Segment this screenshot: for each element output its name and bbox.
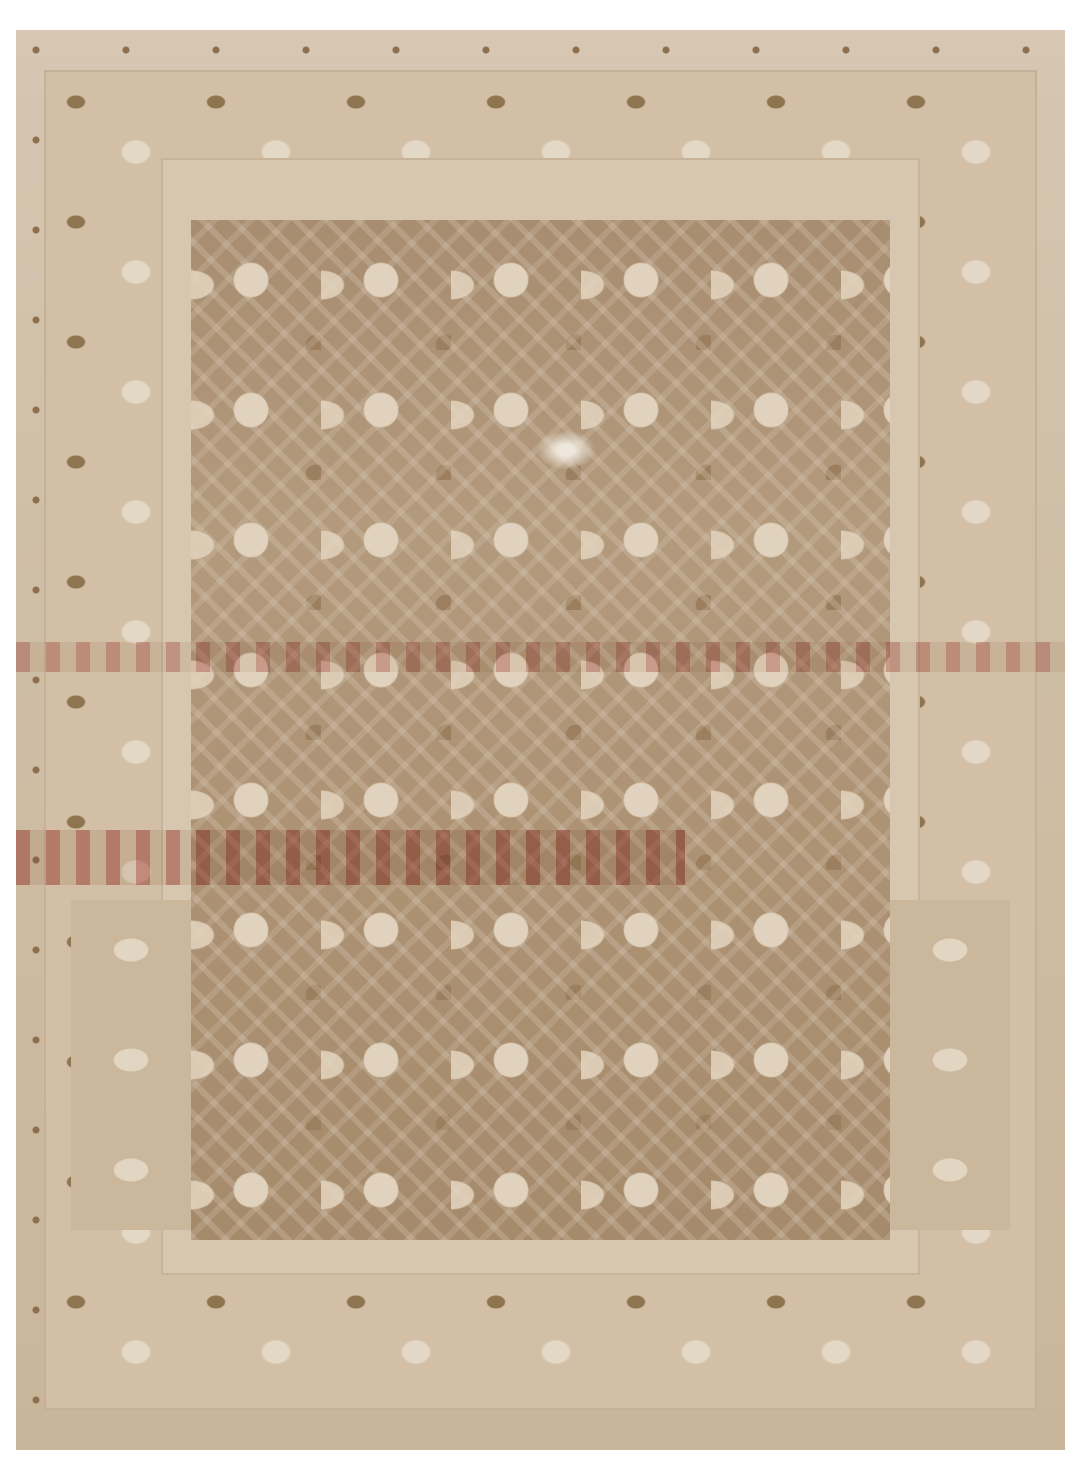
rug-red-band-upper <box>16 642 1065 672</box>
rug-red-band-lower <box>16 830 685 885</box>
rug-worn-spot <box>536 430 596 470</box>
rug-field <box>191 220 890 1240</box>
rug-right-border-panel <box>890 900 1010 1230</box>
rug-left-border-panel <box>71 900 191 1230</box>
rug <box>16 30 1065 1450</box>
